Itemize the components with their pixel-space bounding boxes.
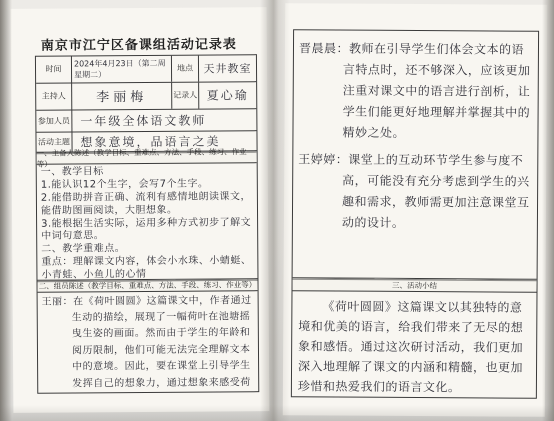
participants-label: 参加人员 [36, 110, 72, 131]
member-comment-text: 在《荷叶圆圆》这篇课文中，作者通过生动的描绘，展现了一幅荷叶在池塘摇曳生姿的画面… [72, 295, 252, 393]
row-time-location: 时间 2024年4月23日（第二周 星期二） 地点 天井教室 [36, 55, 256, 83]
book-spine-shadow [260, 0, 290, 421]
page-right: 晋晨晨：教师在引导学生们体会文本的语言特点时，还不够深入，应该更加注重对课文中的… [283, 3, 548, 417]
host-label: 主持人 [36, 83, 72, 109]
time-value: 2024年4月23日（第二周 星期二） [72, 56, 172, 83]
scan-shadow-left [0, 0, 12, 421]
section2-content: 王丽：在《荷叶圆圆》这篇课文中，作者通过生动的描绘，展现了一幅荷叶在池塘摇曳生姿… [38, 291, 259, 393]
time-label: 时间 [36, 56, 72, 82]
member-comment-speaker: 王婷婷： [298, 152, 348, 166]
location-value: 天井教室 [199, 55, 256, 81]
scanned-document: 南京市江宁区备课组活动记录表 时间 2024年4月23日（第二周 星期二） 地点… [0, 0, 554, 421]
host-value: 李丽梅 [72, 83, 172, 110]
location-label: 地点 [172, 56, 199, 82]
summary-text: 《荷叶圆圆》这篇课文以其独特的意境和优美的语言，给我们带来了无尽的想象和感悟。通… [298, 296, 531, 397]
form-title: 南京市江宁区备课组活动记录表 [11, 33, 267, 54]
member-comment: 晋晨晨：教师在引导学生们体会文本的语言特点时，还不够深入，应该更加注重对课文中的… [298, 38, 533, 144]
goal-line: 重点：理解课文内容，体会小水珠、小蜻蜓、小青蛙、小鱼儿的心情 [41, 255, 253, 280]
scan-shadow-right [542, 0, 554, 421]
member-comment-speaker: 王丽： [42, 296, 74, 307]
member-comment-speaker: 晋晨晨： [299, 41, 349, 55]
member-comment: 王丽：在《荷叶圆圆》这篇课文中，作者通过生动的描绘，展现了一幅荷叶在池塘摇曳生姿… [42, 293, 255, 393]
record-form-table: 时间 2024年4月23日（第二周 星期二） 地点 天井教室 主持人 李丽梅 记… [35, 54, 259, 394]
row-host-recorder: 主持人 李丽梅 记录人 夏心瑜 [36, 82, 256, 110]
goal-line: 2.能借助拼音正确、流利有感情地朗读课文，能借助图画阅读，大胆想象。 [41, 191, 253, 218]
recorder-value: 夏心瑜 [199, 82, 256, 108]
member-comment: 王婷婷：课堂上的互动环节学生参与度不高，可能没有充分考虑到学生的兴趣和需求，教师… [298, 149, 533, 234]
recorder-label: 记录人 [172, 82, 199, 108]
member-comments-continued: 晋晨晨：教师在引导学生们体会文本的语言特点时，还不够深入，应该更加注重对课文中的… [293, 30, 539, 279]
member-comment-text: 课堂上的互动环节学生参与度不高，可能没有充分考虑到学生的兴趣和需求，教师需更加注… [342, 153, 530, 230]
participants-value: 一年级全体语文教师 [72, 109, 256, 131]
record-form-table-continued: 晋晨晨：教师在引导学生们体会文本的语言特点时，还不够深入，应该更加注重对课文中的… [291, 29, 539, 398]
scan-shadow-bottom [0, 405, 554, 421]
section1-content: 一、教学目标 1.能认识12个生字，会写7个生字。 2.能借助拼音正确、流利有感… [37, 164, 258, 281]
member-comment-text: 教师在引导学生们体会文本的语言特点时，还不够深入，应该更加注重对课文中的语言进行… [342, 42, 530, 140]
goal-line: 3.能根据生活实际，运用多种方式初步了解文中词句意思。 [41, 217, 253, 244]
row-participants: 参加人员 一年级全体语文教师 [36, 109, 256, 132]
page-left: 南京市江宁区备课组活动记录表 时间 2024年4月23日（第二周 星期二） 地点… [11, 7, 270, 413]
section3-content: 《荷叶圆圆》这篇课文以其独特的意境和优美的语言，给我们带来了无尽的想象和感悟。通… [292, 291, 537, 397]
